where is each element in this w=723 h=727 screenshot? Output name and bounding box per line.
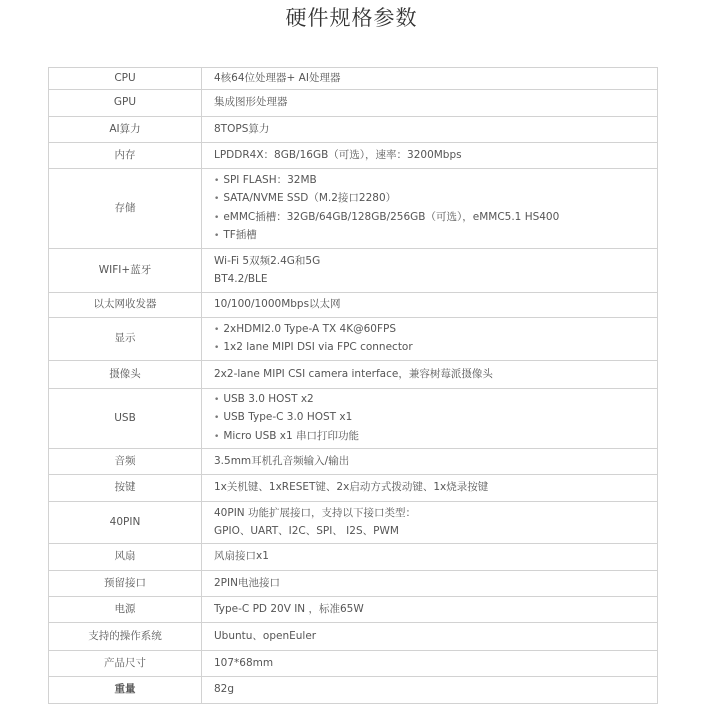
- spec-row: 风扇风扇接口x1: [49, 544, 658, 571]
- spec-value-text: eMMC插槽：32GB/64GB/128GB/256GB（可选），eMMC5.1…: [223, 211, 559, 223]
- spec-row: 音频3.5mm耳机孔音频输入/输出: [49, 449, 658, 475]
- spec-label: 电源: [49, 597, 202, 623]
- spec-label: 按键: [49, 475, 202, 502]
- spec-value-item: SPI FLASH：32MB: [214, 172, 657, 191]
- spec-row: CPU4核64位处理器+ AI处理器: [49, 68, 658, 90]
- spec-value-item: SATA/NVME SSD（M.2接口2280）: [214, 190, 657, 209]
- spec-value-text: Ubuntu、openEuler: [214, 628, 657, 646]
- spec-label: GPU: [49, 90, 202, 117]
- page-title: 硬件规格参数: [0, 4, 703, 32]
- spec-value: 2xHDMI2.0 Type-A TX 4K@60FPS1x2 lane MIP…: [202, 318, 658, 361]
- spec-value-text: 40PIN 功能扩展接口，支持以下接口类型：: [214, 505, 657, 523]
- spec-value-text: 4核64位处理器+ AI处理器: [214, 70, 657, 88]
- spec-row: USBUSB 3.0 HOST x2USB Type-C 3.0 HOST x1…: [49, 389, 658, 449]
- spec-value-text: Wi-Fi 5双频2.4G和5G: [214, 253, 657, 271]
- spec-label: 内存: [49, 143, 202, 169]
- spec-label: 支持的操作系统: [49, 623, 202, 651]
- spec-value-item: 2xHDMI2.0 Type-A TX 4K@60FPS: [214, 321, 657, 340]
- spec-value-text: TF插槽: [223, 229, 256, 241]
- spec-label: 产品尺寸: [49, 651, 202, 677]
- spec-value: 4核64位处理器+ AI处理器: [202, 68, 658, 90]
- spec-value-text: 2xHDMI2.0 Type-A TX 4K@60FPS: [223, 323, 396, 335]
- spec-row: 以太网收发器10/100/1000Mbps以太网: [49, 293, 658, 318]
- spec-row: 按键1x关机键、1xRESET键、2x启动方式拨动键、1x烧录按键: [49, 475, 658, 502]
- spec-value-text: 风扇接口x1: [214, 548, 657, 566]
- spec-value-item: 1x2 lane MIPI DSI via FPC connector: [214, 339, 657, 358]
- spec-value-text: 10/100/1000Mbps以太网: [214, 296, 657, 314]
- spec-value-text: 集成图形处理器: [214, 94, 657, 112]
- spec-value-text: BT4.2/BLE: [214, 271, 657, 289]
- spec-label: 音频: [49, 449, 202, 475]
- spec-row: 摄像头2x2-lane MIPI CSI camera interface，兼容…: [49, 361, 658, 389]
- spec-value: USB 3.0 HOST x2USB Type-C 3.0 HOST x1Mic…: [202, 389, 658, 449]
- spec-value: 2x2-lane MIPI CSI camera interface，兼容树莓派…: [202, 361, 658, 389]
- spec-value: LPDDR4X：8GB/16GB（可选），速率：3200Mbps: [202, 143, 658, 169]
- spec-value-text: Type-C PD 20V IN ，标准65W: [214, 601, 657, 619]
- spec-value: Wi-Fi 5双频2.4G和5GBT4.2/BLE: [202, 249, 658, 293]
- spec-row: 40PIN40PIN 功能扩展接口，支持以下接口类型：GPIO、UART、I2C…: [49, 502, 658, 544]
- spec-label: AI算力: [49, 117, 202, 143]
- spec-row: 支持的操作系统Ubuntu、openEuler: [49, 623, 658, 651]
- spec-row: 存储SPI FLASH：32MBSATA/NVME SSD（M.2接口2280）…: [49, 169, 658, 249]
- spec-table-body: CPU4核64位处理器+ AI处理器GPU集成图形处理器AI算力8TOPS算力内…: [49, 68, 658, 704]
- spec-value: 82g: [202, 677, 658, 704]
- spec-label: 40PIN: [49, 502, 202, 544]
- spec-value-item: TF插槽: [214, 227, 657, 246]
- spec-value-text: LPDDR4X：8GB/16GB（可选），速率：3200Mbps: [214, 147, 657, 165]
- spec-value-list: SPI FLASH：32MBSATA/NVME SSD（M.2接口2280）eM…: [214, 172, 657, 246]
- spec-row: 电源Type-C PD 20V IN ，标准65W: [49, 597, 658, 623]
- spec-value: 107*68mm: [202, 651, 658, 677]
- spec-label: 重量: [49, 677, 202, 704]
- spec-label: CPU: [49, 68, 202, 90]
- spec-value-text: 3.5mm耳机孔音频输入/输出: [214, 453, 657, 471]
- spec-label: 存储: [49, 169, 202, 249]
- spec-row: 产品尺寸107*68mm: [49, 651, 658, 677]
- spec-value: 10/100/1000Mbps以太网: [202, 293, 658, 318]
- spec-row: WIFI+蓝牙Wi-Fi 5双频2.4G和5GBT4.2/BLE: [49, 249, 658, 293]
- hardware-spec-table: CPU4核64位处理器+ AI处理器GPU集成图形处理器AI算力8TOPS算力内…: [48, 67, 658, 704]
- spec-label: 预留接口: [49, 571, 202, 597]
- spec-row: 预留接口2PIN电池接口: [49, 571, 658, 597]
- spec-value: SPI FLASH：32MBSATA/NVME SSD（M.2接口2280）eM…: [202, 169, 658, 249]
- spec-value-text: 1x关机键、1xRESET键、2x启动方式拨动键、1x烧录按键: [214, 479, 657, 497]
- spec-value-text: Micro USB x1 串口打印功能: [223, 430, 359, 442]
- spec-label: USB: [49, 389, 202, 449]
- spec-label: 摄像头: [49, 361, 202, 389]
- spec-value-text: 2PIN电池接口: [214, 575, 657, 593]
- spec-value-text: 8TOPS算力: [214, 121, 657, 139]
- spec-label: 风扇: [49, 544, 202, 571]
- spec-value: 40PIN 功能扩展接口，支持以下接口类型：GPIO、UART、I2C、SPI、…: [202, 502, 658, 544]
- spec-value-item: USB Type-C 3.0 HOST x1: [214, 409, 657, 428]
- spec-row: 内存LPDDR4X：8GB/16GB（可选），速率：3200Mbps: [49, 143, 658, 169]
- spec-value-text: 2x2-lane MIPI CSI camera interface，兼容树莓派…: [214, 366, 657, 384]
- spec-value-item: Micro USB x1 串口打印功能: [214, 428, 657, 447]
- spec-value: 3.5mm耳机孔音频输入/输出: [202, 449, 658, 475]
- spec-row: 重量82g: [49, 677, 658, 704]
- spec-value: Type-C PD 20V IN ，标准65W: [202, 597, 658, 623]
- spec-value-item: eMMC插槽：32GB/64GB/128GB/256GB（可选），eMMC5.1…: [214, 209, 657, 228]
- spec-value-text: USB 3.0 HOST x2: [223, 393, 313, 405]
- spec-value-list: 2xHDMI2.0 Type-A TX 4K@60FPS1x2 lane MIP…: [214, 321, 657, 358]
- spec-value-text: SATA/NVME SSD（M.2接口2280）: [223, 192, 396, 204]
- spec-label: WIFI+蓝牙: [49, 249, 202, 293]
- spec-value: 1x关机键、1xRESET键、2x启动方式拨动键、1x烧录按键: [202, 475, 658, 502]
- spec-value-text: USB Type-C 3.0 HOST x1: [223, 411, 352, 423]
- spec-label: 以太网收发器: [49, 293, 202, 318]
- spec-value: 8TOPS算力: [202, 117, 658, 143]
- spec-label: 显示: [49, 318, 202, 361]
- spec-row: 显示2xHDMI2.0 Type-A TX 4K@60FPS1x2 lane M…: [49, 318, 658, 361]
- spec-value-list: USB 3.0 HOST x2USB Type-C 3.0 HOST x1Mic…: [214, 391, 657, 447]
- spec-value: 风扇接口x1: [202, 544, 658, 571]
- spec-row: AI算力8TOPS算力: [49, 117, 658, 143]
- spec-value-text: GPIO、UART、I2C、SPI、 I2S、PWM: [214, 523, 657, 541]
- spec-value: 集成图形处理器: [202, 90, 658, 117]
- spec-value: Ubuntu、openEuler: [202, 623, 658, 651]
- spec-value-text: 82g: [214, 681, 657, 699]
- spec-value-item: USB 3.0 HOST x2: [214, 391, 657, 410]
- spec-value-text: 1x2 lane MIPI DSI via FPC connector: [223, 341, 412, 353]
- spec-value-text: SPI FLASH：32MB: [223, 174, 316, 186]
- spec-value: 2PIN电池接口: [202, 571, 658, 597]
- spec-value-text: 107*68mm: [214, 655, 657, 673]
- spec-row: GPU集成图形处理器: [49, 90, 658, 117]
